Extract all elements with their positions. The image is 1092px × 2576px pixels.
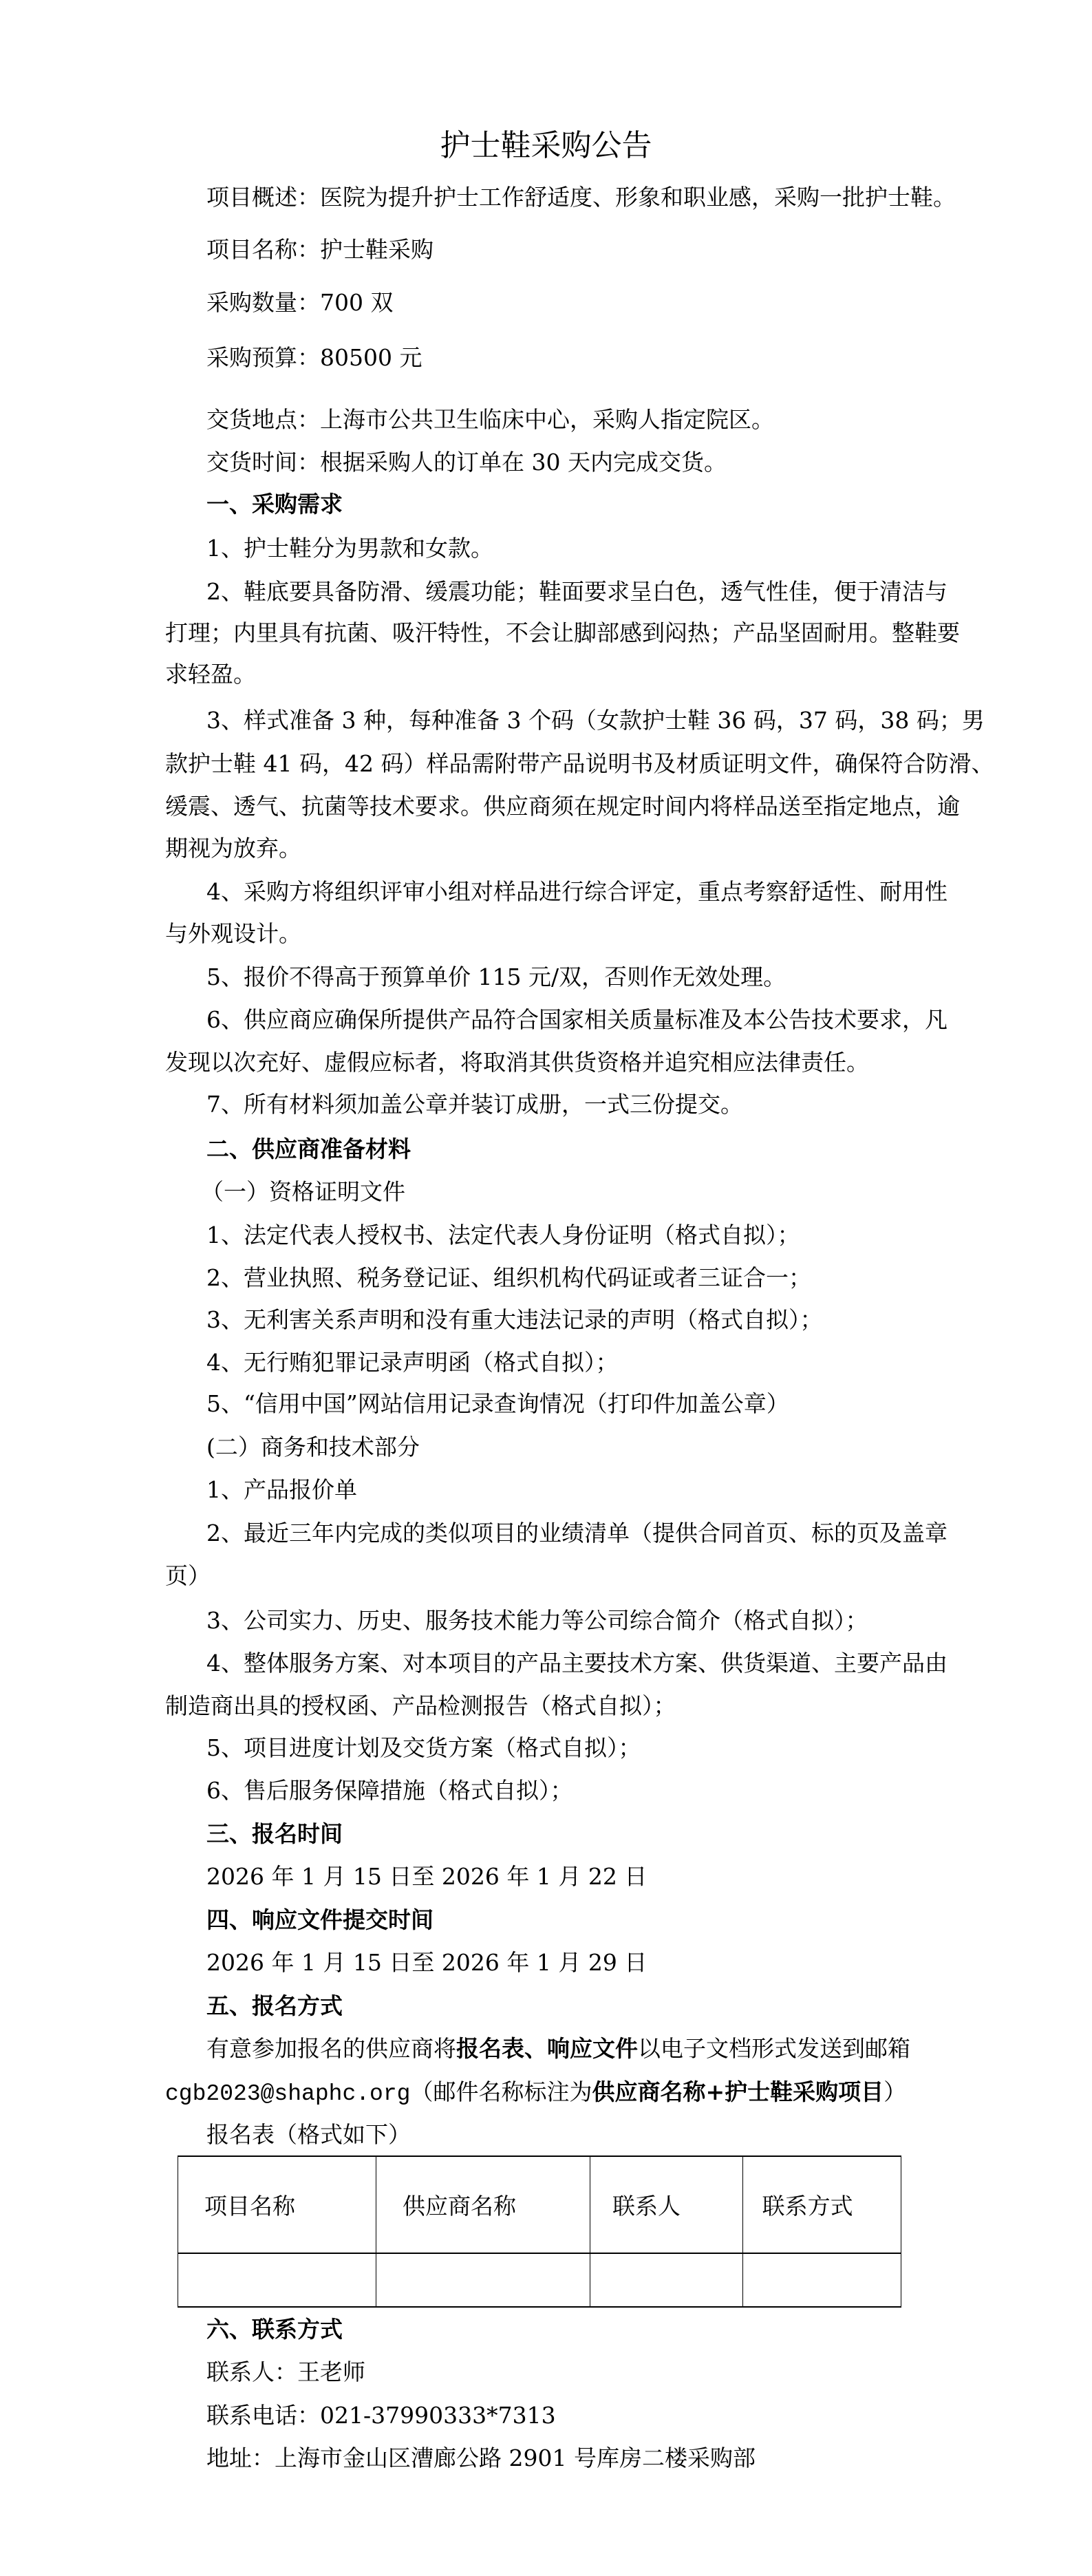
delivery-place: 交货地点：上海市公共卫生临床中心，采购人指定院区。 xyxy=(206,406,774,434)
email-subject-bold: 供应商名称+护士鞋采购项目 xyxy=(592,2078,884,2105)
table-row xyxy=(178,2253,901,2307)
requirement-item: 7、所有材料须加盖公章并装订成册，一式三份提交。 xyxy=(206,1091,743,1118)
registration-email-line: cgb2023@shaphc.org（邮件名称标注为供应商名称+护士鞋采购项目） xyxy=(165,2078,906,2106)
requirement-item: 6、供应商应确保所提供产品符合国家相关质量标准及本公告技术要求，凡 xyxy=(206,1006,915,1034)
requirement-item-cont: 款护士鞋 41 码，42 码）样品需附带产品说明书及材质证明文件，确保符合防滑、 xyxy=(165,750,915,778)
section-heading-submission-time: 四、响应文件提交时间 xyxy=(206,1906,433,1934)
table-header-cell: 项目名称 xyxy=(178,2156,376,2253)
qualification-item: 1、法定代表人授权书、法定代表人身份证明（格式自拟）； xyxy=(206,1222,800,1249)
contact-person: 联系人：王老师 xyxy=(206,2359,365,2386)
table-cell xyxy=(178,2253,376,2307)
registration-form-table: 项目名称 供应商名称 联系人 联系方式 xyxy=(178,2155,901,2308)
requirement-item: 3、样式准备 3 种，每种准备 3 个码（女款护士鞋 36 码，37 码，38 … xyxy=(206,707,915,734)
instructions-text: 以电子文档形式发送到邮箱 xyxy=(638,2035,910,2062)
table-header-cell: 供应商名称 xyxy=(376,2156,590,2253)
purchase-quantity: 采购数量：700 双 xyxy=(206,289,393,317)
business-item: 6、售后服务保障措施（格式自拟）； xyxy=(206,1777,573,1805)
contact-address: 地址：上海市金山区漕廊公路 2901 号库房二楼采购部 xyxy=(206,2445,756,2472)
delivery-time: 交货时间：根据采购人的订单在 30 天内完成交货。 xyxy=(206,449,727,476)
section-heading-registration-time: 三、报名时间 xyxy=(206,1820,343,1848)
registration-period: 2026 年 1 月 15 日至 2026 年 1 月 22 日 xyxy=(206,1863,647,1891)
requirement-item-cont: 求轻盈。 xyxy=(165,661,256,688)
project-name: 项目名称：护士鞋采购 xyxy=(206,236,433,264)
instructions-text: 有意参加报名的供应商将 xyxy=(206,2035,456,2062)
business-item: 1、产品报价单 xyxy=(206,1476,357,1504)
requirement-item-cont: 与外观设计。 xyxy=(165,920,301,948)
table-cell xyxy=(742,2253,901,2307)
business-item: 2、最近三年内完成的类似项目的业绩清单（提供合同首页、标的页及盖章 xyxy=(206,1520,915,1547)
table-header-row: 项目名称 供应商名称 联系人 联系方式 xyxy=(178,2156,901,2253)
project-summary: 项目概述：医院为提升护士工作舒适度、形象和职业感，采购一批护士鞋。 xyxy=(206,184,956,211)
email-link[interactable]: cgb2023@shaphc.org xyxy=(165,2081,410,2107)
instructions-bold: 报名表、响应文件 xyxy=(456,2035,638,2062)
business-item: 3、公司实力、历史、服务技术能力等公司综合简介（格式自拟）； xyxy=(206,1607,868,1635)
submission-period: 2026 年 1 月 15 日至 2026 年 1 月 29 日 xyxy=(206,1949,647,1977)
business-item: 4、整体服务方案、对本项目的产品主要技术方案、供货渠道、主要产品由 xyxy=(206,1650,915,1677)
table-cell xyxy=(590,2253,742,2307)
purchase-budget: 采购预算：80500 元 xyxy=(206,344,422,372)
requirement-item: 2、鞋底要具备防滑、缓震功能；鞋面要求呈白色，透气性佳，便于清洁与 xyxy=(206,578,915,606)
subsection-heading-business: (二）商务和技术部分 xyxy=(206,1434,420,1461)
section-heading-registration-method: 五、报名方式 xyxy=(206,1992,343,2020)
requirement-item: 4、采购方将组织评审小组对样品进行综合评定，重点考察舒适性、耐用性 xyxy=(206,878,915,906)
business-item-cont: 制造商出具的授权函、产品检测报告（格式自拟）； xyxy=(165,1692,676,1720)
section-heading-requirements: 一、采购需求 xyxy=(206,491,343,518)
business-item: 5、项目进度计划及交货方案（格式自拟）； xyxy=(206,1734,641,1762)
registration-instructions: 有意参加报名的供应商将报名表、响应文件以电子文档形式发送到邮箱 xyxy=(206,2035,910,2063)
requirement-item-cont: 期视为放弃。 xyxy=(165,835,301,862)
form-label: 报名表（格式如下） xyxy=(206,2121,411,2149)
section-heading-materials: 二、供应商准备材料 xyxy=(206,1136,411,1163)
table-cell xyxy=(376,2253,590,2307)
contact-phone: 联系电话：021-37990333*7313 xyxy=(206,2402,556,2429)
business-item-cont: 页） xyxy=(165,1562,211,1590)
requirement-item-cont: 发现以次充好、虚假应标者，将取消其供货资格并追究相应法律责任。 xyxy=(165,1049,869,1076)
requirement-item-cont: 缓震、透气、抗菌等技术要求。供应商须在规定时间内将样品送至指定地点，逾 xyxy=(165,793,915,820)
qualification-item: 5、“信用中国”网站信用记录查询情况（打印件加盖公章） xyxy=(206,1390,789,1418)
requirement-item-cont: 打理；内里具有抗菌、吸汗特性，不会让脚部感到闷热；产品坚固耐用。整鞋要 xyxy=(165,619,915,647)
page-title: 护士鞋采购公告 xyxy=(0,127,1092,165)
qualification-item: 2、营业执照、税务登记证、组织机构代码证或者三证合一； xyxy=(206,1264,811,1292)
subsection-heading-qualification: （一）资格证明文件 xyxy=(201,1178,405,1206)
table-header-cell: 联系方式 xyxy=(742,2156,901,2253)
qualification-item: 3、无利害关系声明和没有重大违法记录的声明（格式自拟）； xyxy=(206,1306,823,1334)
table-header-cell: 联系人 xyxy=(590,2156,742,2253)
email-subject-text: ） xyxy=(884,2078,906,2105)
requirement-item: 5、报价不得高于预算单价 115 元/双，否则作无效处理。 xyxy=(206,964,786,991)
qualification-item: 4、无行贿犯罪记录声明函（格式自拟）； xyxy=(206,1349,619,1376)
email-subject-text: （邮件名称标注为 xyxy=(410,2078,592,2105)
requirement-item: 1、护士鞋分为男款和女款。 xyxy=(206,535,493,562)
section-heading-contact: 六、联系方式 xyxy=(206,2316,343,2343)
